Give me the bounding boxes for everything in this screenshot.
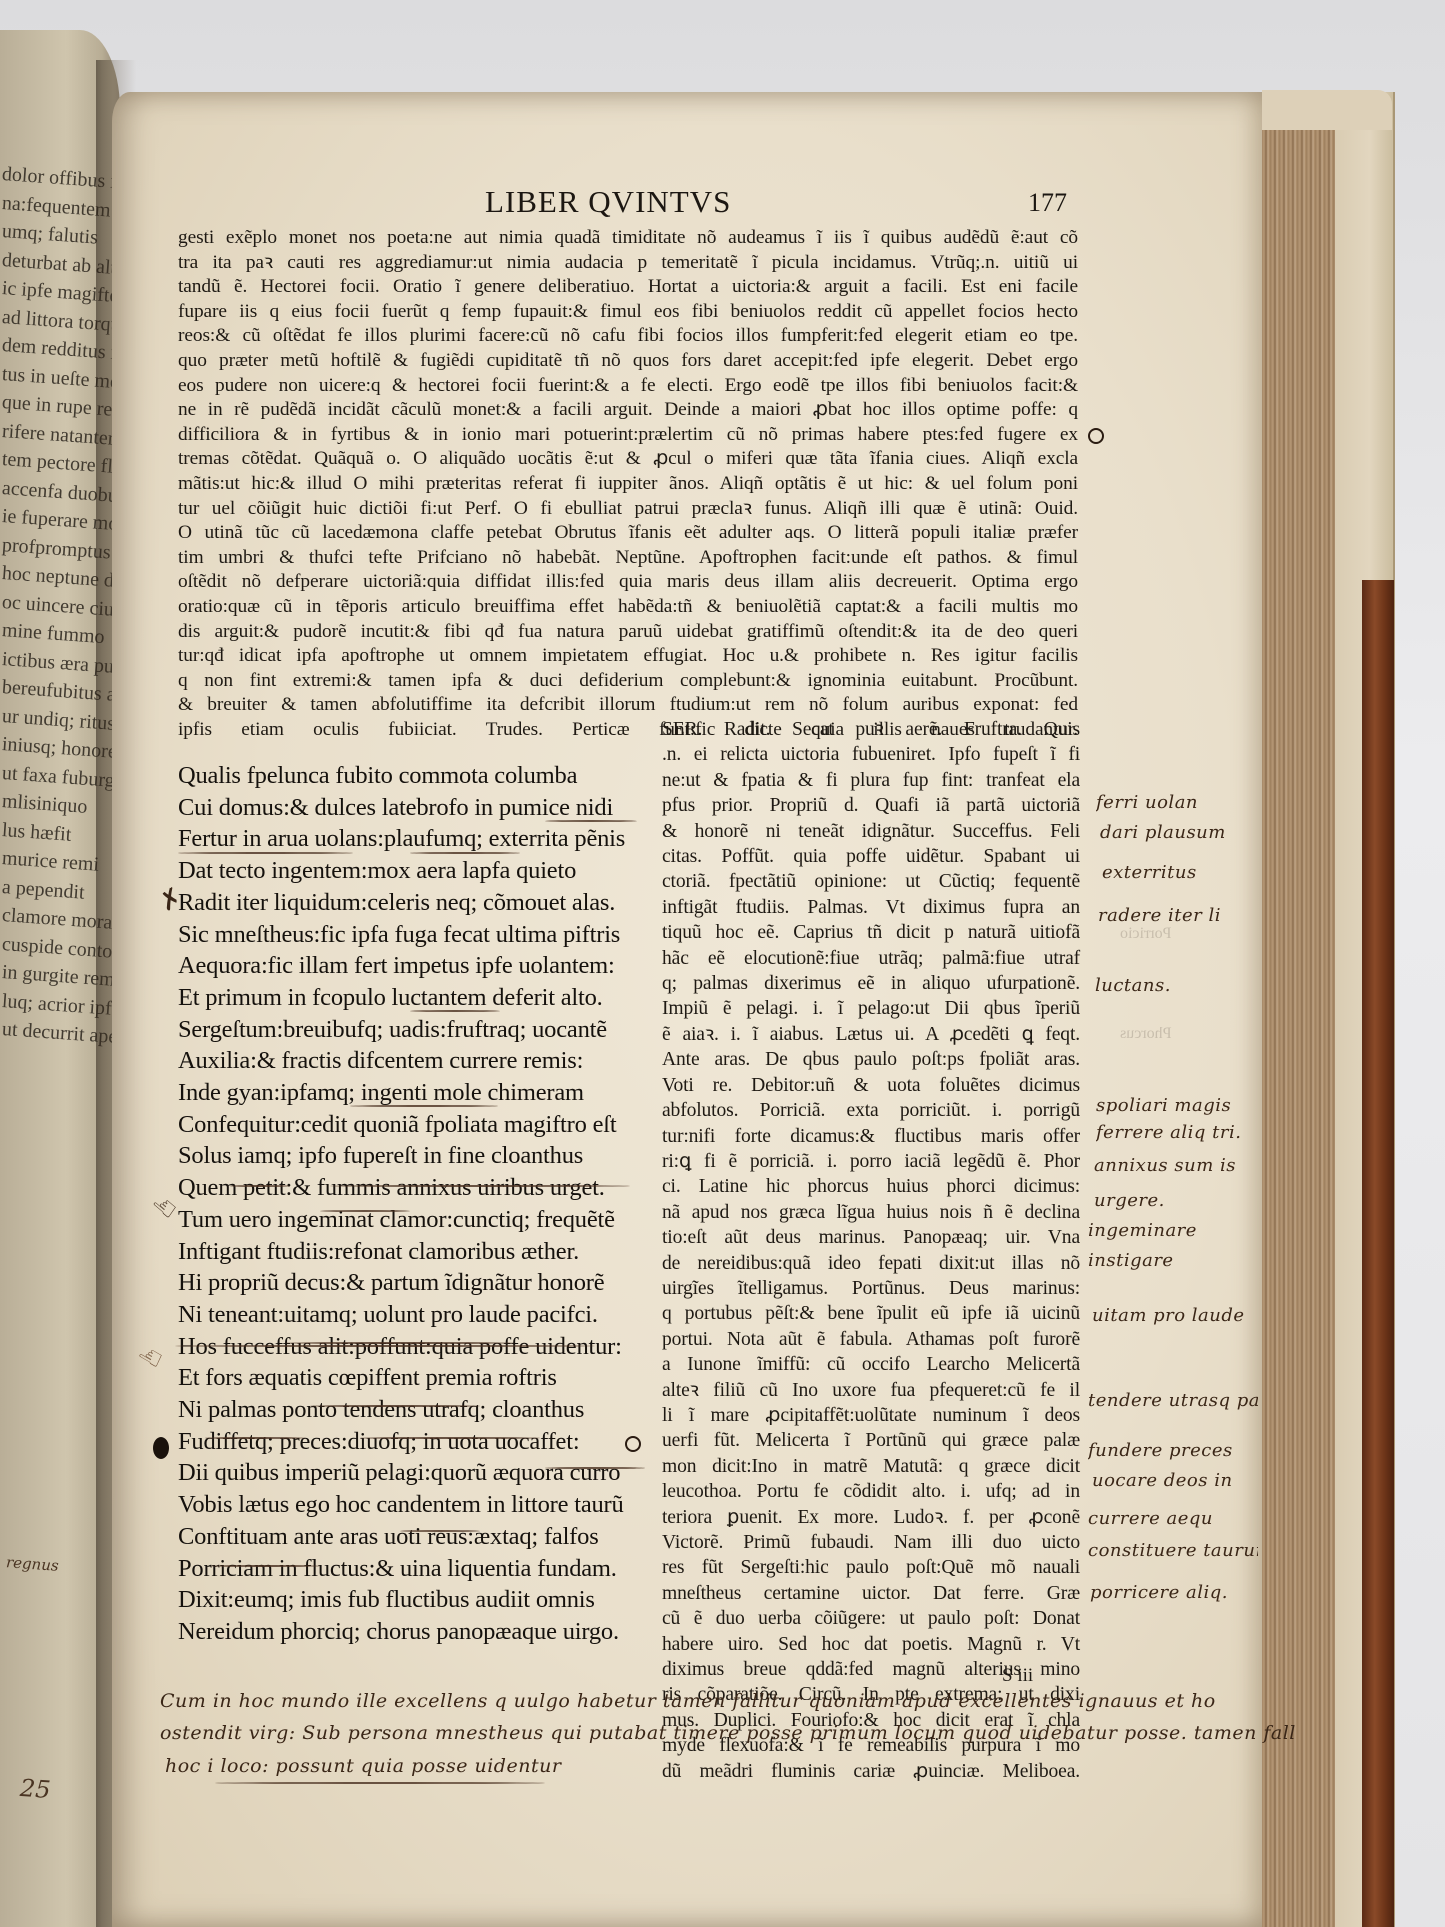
reader-underline — [320, 1210, 410, 1212]
verse-line: Cui domus:& dulces latebrofo in pumice n… — [178, 792, 648, 824]
commentary-line: ne in rẽ pudẽdã incidãt cãculũ monet:& a… — [178, 398, 1078, 423]
reader-underline — [310, 1405, 480, 1407]
reader-underline — [230, 1185, 290, 1187]
commentary-line: tur uel cõiũgit huic dictiõi fi:ut Perf.… — [178, 497, 1078, 522]
verse-line: Quem petit:& fummis annixus uiribus urge… — [178, 1172, 648, 1204]
commentary-line: tandũ ẽ. Hectorei focii. Oratio ĩ genere… — [178, 275, 1078, 300]
margin-note: currere aequ — [1088, 1508, 1213, 1529]
verse-line: Vobis lætus ego hoc candentem in littore… — [178, 1489, 648, 1521]
commentary-line: uirgĩes ĩtelligamus. Portũnus. Deus mari… — [662, 1276, 1080, 1301]
commentary-line: oſtẽdit nõ defperare uictoriã:quia diffi… — [178, 570, 1078, 595]
commentary-line: mon dicit:Ino in matrẽ Matutã: q græce d… — [662, 1454, 1080, 1479]
margin-note: ferrere aliq tri. — [1096, 1122, 1241, 1143]
commentary-line: portui. Nota aũt ẽ fabula. Athamas poſt … — [662, 1327, 1080, 1352]
verse-line: Dixit:eumq; imis fub fluctibus audiit om… — [178, 1584, 648, 1616]
commentary-line: hãc eẽ elocutionẽ:fiue utrãq; palmã:fiue… — [662, 946, 1080, 971]
ink-blot-mark — [153, 1437, 169, 1459]
folio-number: 177 — [1028, 188, 1067, 218]
commentary-line: fupare iis q eius focii fuerũt q femp fu… — [178, 300, 1078, 325]
verse-line: Ni teneant:uitamq; uolunt pro laude paci… — [178, 1299, 648, 1331]
verse-line: Ni palmas ponto tendens utrafq; cloanthu… — [178, 1394, 648, 1426]
commentary-line: tiquũ hoc eẽ. Caprius tñ dicit p naturã … — [662, 920, 1080, 945]
verse-line: Radit iter liquidum:celeris neq; cõmouet… — [178, 887, 648, 919]
running-head: LIBER QVINTVS — [485, 184, 731, 220]
commentary-line: cũ ẽ duo uerba cõiũgere: ut paulo poſt: … — [662, 1606, 1080, 1631]
reader-underline — [285, 1342, 515, 1344]
verse-line: Sergeſtum:breuibufq; uadis:fruftraq; uoc… — [178, 1014, 648, 1046]
commentary-line: eos pudere non uicere:q & hectorei focii… — [178, 374, 1078, 399]
bleed-through-text: Porricio — [1120, 925, 1172, 943]
commentary-line: q; palmas dixerimus eẽ in aliquo ufurpat… — [662, 971, 1080, 996]
commentary-line: abfolutos. Porriciã. exta porriciũt. i. … — [662, 1098, 1080, 1123]
verse-line: Inde gyan:ipfamq; ingenti mole chimeram — [178, 1077, 648, 1109]
reader-underline — [545, 820, 637, 822]
commentary-line: & breuiter & tamen abfolutiffime ita def… — [178, 693, 1078, 718]
commentary-line: tio:eſt aũt deus marinus. Panopæaq; uir.… — [662, 1225, 1080, 1250]
commentary-line: nã apud nos græca lĩgua huius nois ñ ẽ d… — [662, 1200, 1080, 1225]
reader-underline — [545, 1467, 645, 1469]
bleed-through-text: Phorcus — [1120, 1025, 1172, 1043]
commentary-line: dis arguit:& pudorẽ incutit:& fibi qđ fu… — [178, 620, 1078, 645]
reader-underline — [215, 1782, 545, 1784]
margin-note: urgere. — [1094, 1190, 1165, 1211]
bottom-note-line: Cum in hoc mundo ille excellens q uulgo … — [160, 1690, 1216, 1712]
leather-binding-strip — [1362, 580, 1394, 1927]
commentary-line: alteꝛ filiũ cũ Ino uxore fua pfequeret:c… — [662, 1378, 1080, 1403]
commentary-line: ci. Latine hic phorcus huius phorci dici… — [662, 1174, 1080, 1199]
reader-underline — [410, 852, 520, 854]
commentary-line: li ĩ mare ꝓcipitaffẽt:uolũtate numinum ĩ… — [662, 1403, 1080, 1428]
margin-note: instigare — [1088, 1250, 1174, 1271]
verse-line: Inftigant ftudiis:refonat clamoribus æth… — [178, 1236, 648, 1268]
commentary-line: .n. ei relicta uictoria fubueniret. Ipfo… — [662, 742, 1080, 767]
commentary-line: ri:ꝗ fi ẽ porriciã. i. porro iaciã legẽd… — [662, 1149, 1080, 1174]
margin-note: constituere taurum — [1088, 1540, 1258, 1561]
commentary-line: tremas cõtẽdat. Quãquã o. O aliquãdo uoc… — [178, 447, 1078, 472]
verse-line: Porriciam in fluctus:& uina liquentia fu… — [178, 1553, 648, 1585]
commentary-line: O utinã tũc cũ lacedæmona claffe petebat… — [178, 521, 1078, 546]
commentary-line: uerfi fũt. Melicerta ĩ Portũnũ qui græce… — [662, 1428, 1080, 1453]
margin-note: fundere preces — [1088, 1440, 1233, 1461]
circle-mark — [1088, 428, 1104, 444]
verse-line: Confequitur:cedit quoniã fpoliata magift… — [178, 1109, 648, 1141]
commentary-block-right: SER. Radit. Secat puꝛ aerẽ. Fruftra. Qui… — [662, 717, 1080, 1784]
reader-underline — [178, 852, 353, 854]
commentary-line: difficiliora & in fyrtibus & in ionio ma… — [178, 423, 1078, 448]
verse-line: Aequora:fic illam fert impetus ipfe uola… — [178, 950, 648, 982]
signature-mark: S iii — [1002, 1665, 1033, 1687]
margin-note: dari plausum — [1100, 822, 1226, 843]
commentary-line: Voti re. Debitor:uñ & uota foluẽtes dici… — [662, 1073, 1080, 1098]
commentary-line: tur:nifi forte dicamus:& fluctibus maris… — [662, 1124, 1080, 1149]
commentary-line: Ante aras. De qbus paulo poſt:ps fpoliãt… — [662, 1047, 1080, 1072]
commentary-line: tur:qđ idicat ipfa apoftrophe ut omnem i… — [178, 644, 1078, 669]
commentary-line: q non fint extremi:& tamen ipfa & duci d… — [178, 669, 1078, 694]
margin-note: uocare deos in — [1092, 1470, 1233, 1491]
circle-mark — [625, 1436, 641, 1452]
verse-line: Et fors æquatis cœpiffent premia roftris — [178, 1362, 648, 1394]
commentary-line: ne:ut & fpatia & fi plura fup fint: tran… — [662, 768, 1080, 793]
commentary-line: quo præter metũ hoftilẽ & fugiẽdi cupidi… — [178, 349, 1078, 374]
commentary-line: ctoriã. fpectãtiũ opinione: ut Cũctiq; f… — [662, 869, 1080, 894]
verse-text-block: Qualis fpelunca fubito commota columbaCu… — [178, 760, 648, 1648]
commentary-line: Victorẽ. Primũ fubaudi. Nam illi duo uic… — [662, 1530, 1080, 1555]
commentary-line: q portubus pẽſt:& bene ĩpulit eũ ipfe iã… — [662, 1301, 1080, 1326]
vellum-binding-flap — [1262, 90, 1392, 130]
commentary-line: teriora ꝑuenit. Ex more. Ludoꝛ. f. per ꝓ… — [662, 1505, 1080, 1530]
commentary-line: mãtis:ut hic:& illud O mihi præteritas r… — [178, 472, 1078, 497]
commentary-block-top: gesti exẽplo monet nos poeta:ne aut nimi… — [178, 226, 1078, 742]
margin-note: spoliari magis — [1096, 1095, 1231, 1116]
reader-underline — [350, 1105, 498, 1107]
commentary-line: ẽ aiaꝛ. i. ĩ aiabus. Lætus ui. A ꝓcedẽti… — [662, 1022, 1080, 1047]
commentary-line: citas. Poffũt. quia poffe uidẽtur. Spaba… — [662, 844, 1080, 869]
commentary-line: dũ meãdri fluminis cariæ ꝓuinciæ. Melibo… — [662, 1759, 1080, 1784]
margin-note: exterritus — [1102, 862, 1197, 883]
margin-note: annixus sum is — [1094, 1155, 1236, 1176]
commentary-line: res fũt Sergeſti:hic paulo poſt:Quẽ mõ n… — [662, 1555, 1080, 1580]
commentary-line: tra ita paꝛ cauti res aggrediamur:ut nim… — [178, 251, 1078, 276]
reader-underline — [400, 1530, 480, 1532]
fore-edge-text-block — [1252, 92, 1337, 1927]
left-page-handwritten-number: 25 — [19, 1774, 51, 1804]
commentary-line: Impiũ ẽ pelagi. i. ĩ pelago:ut Dii qbus … — [662, 996, 1080, 1021]
verse-line: Fertur in arua uolans:plaufumq; exterrit… — [178, 823, 648, 855]
verse-line: Et primum in fcopulo luctantem deferit a… — [178, 982, 648, 1014]
reader-underline — [175, 1345, 595, 1347]
commentary-line: reos:& cũ oſtẽdat fe illos plurimi facer… — [178, 324, 1078, 349]
commentary-line: de nereidibus:quã ideo fepati dixit:ut i… — [662, 1251, 1080, 1276]
margin-note: porricere aliq. — [1090, 1582, 1228, 1603]
commentary-line: gesti exẽplo monet nos poeta:ne aut nimi… — [178, 226, 1078, 251]
commentary-line: a Iunone ĩmiffũ: cũ occifo Learcho Melic… — [662, 1352, 1080, 1377]
margin-note: ingeminare — [1088, 1220, 1197, 1241]
commentary-line: tim umbri & thufci tefte Prifciano nõ ha… — [178, 546, 1078, 571]
commentary-line: oratio:quæ cũ in tẽporis articulo breuif… — [178, 595, 1078, 620]
reader-underline — [205, 1437, 305, 1439]
verse-line: Tum uero ingeminat clamor:cunctiq; frequ… — [178, 1204, 648, 1236]
margin-note: ferri uolan — [1096, 792, 1198, 813]
left-page-handwritten-note: regnus — [5, 1553, 59, 1575]
reader-underline — [330, 1185, 630, 1187]
verse-line: Dat tecto ingentem:mox aera lapfa quieto — [178, 855, 648, 887]
bottom-note-line: hoc i loco: possunt quia posse uidentur — [165, 1755, 561, 1777]
commentary-line: SER. Radit. Secat puꝛ aerẽ. Fruftra. Qui… — [662, 717, 1080, 742]
margin-note: luctans. — [1095, 975, 1171, 996]
verse-line: Nereidum phorciq; chorus panopæaque uirg… — [178, 1616, 648, 1648]
verse-line: Auxilia:& fractis difcentem currere remi… — [178, 1045, 648, 1077]
verse-line: Solus iamq; ipfo fupereſt in fine cloant… — [178, 1140, 648, 1172]
verse-line: Sic mneſtheus:fic ipfa fuga fecat ultima… — [178, 919, 648, 951]
reader-underline — [360, 1437, 540, 1439]
commentary-line: leucothoa. Portu fe cõdidit alto. i. ufq… — [662, 1479, 1080, 1504]
verse-line: Dii quibus imperiũ pelagi:quorũ æquora c… — [178, 1457, 648, 1489]
commentary-line: mneſtheus certamine uictor. Dat ferre. G… — [662, 1581, 1080, 1606]
verse-line: Fudiffetq; preces:diuofq; in uota uocaff… — [178, 1426, 648, 1458]
commentary-line: pfus prior. Propriũ d. Quafi iã partã ui… — [662, 793, 1080, 818]
verse-line: Conftituam ante aras uoti reus:æxtaq; fa… — [178, 1521, 648, 1553]
reader-underline — [210, 1565, 320, 1567]
commentary-line: & honorẽ ni teneãt idignãtur. Succeffus.… — [662, 819, 1080, 844]
commentary-line: habere uiro. Sed hoc dat poetis. Magnũ r… — [662, 1632, 1080, 1657]
margin-note: radere iter li — [1098, 905, 1221, 926]
margin-note: uitam pro laude — [1092, 1305, 1245, 1326]
verse-line: Qualis fpelunca fubito commota columba — [178, 760, 648, 792]
reader-underline — [410, 1010, 500, 1012]
commentary-line: inftigãt ftudiis. Palmas. Vt diximus fup… — [662, 895, 1080, 920]
bottom-note-line: ostendit virg: Sub persona mnestheus qui… — [160, 1722, 1296, 1744]
verse-line: Hi propriũ decus:& partum ĩdignãtur hono… — [178, 1267, 648, 1299]
margin-note: tendere utrasq palmas — [1088, 1390, 1258, 1411]
